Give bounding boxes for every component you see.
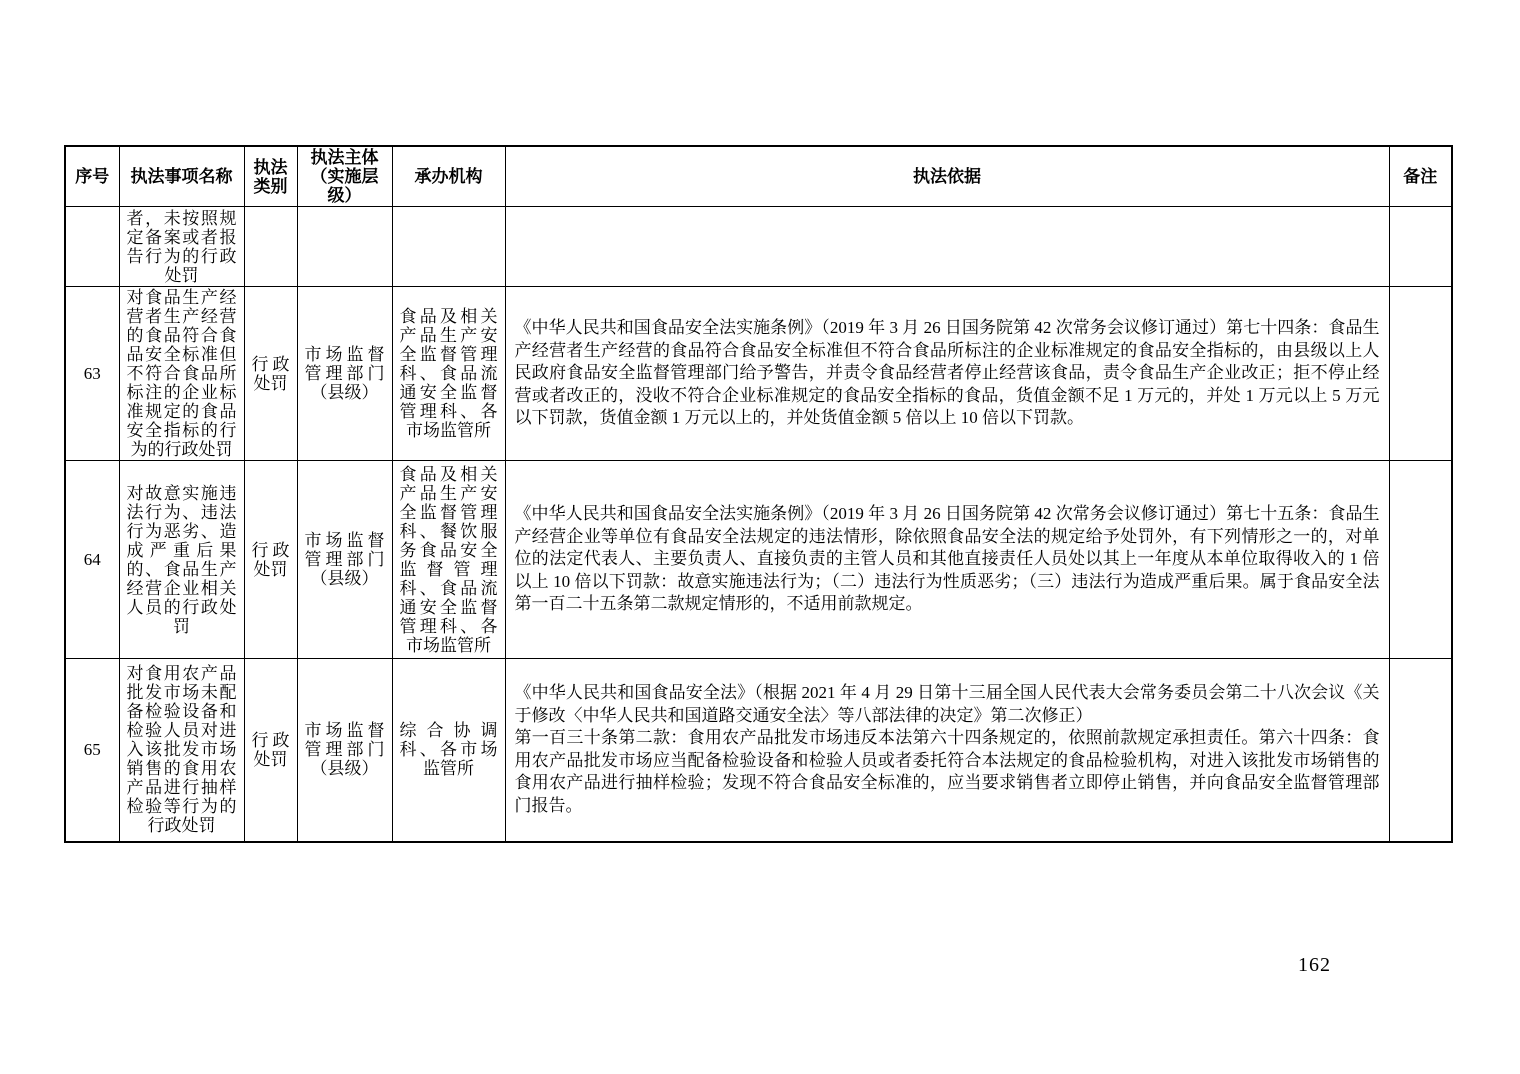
table-row-continuation: 者，未按照规定备案或者报告行为的行政处罚 — [65, 207, 1452, 287]
cell-basis: 《中华人民共和国食品安全法》（根据 2021 年 4 月 29 日第十三届全国人… — [505, 659, 1389, 842]
page-number: 162 — [1298, 954, 1358, 977]
cell-seq: 65 — [65, 659, 119, 842]
document-page: 序号 执法事项名称 执法类别 执法主体（实施层级） 承办机构 执法依据 备注 者… — [0, 0, 1520, 1074]
col-header-agency: 承办机构 — [392, 146, 505, 207]
cell-subject: 市场监督管理部门（县级） — [297, 461, 392, 659]
cell-basis — [505, 207, 1389, 287]
col-header-seq: 序号 — [65, 146, 119, 207]
cell-category: 行政处罚 — [244, 287, 297, 461]
cell-seq — [65, 207, 119, 287]
col-header-category: 执法类别 — [244, 146, 297, 207]
col-header-basis: 执法依据 — [505, 146, 1389, 207]
cell-agency: 食品及相关产品生产安全监督管理科、食品流通安全监督管理科、各市场监管所 — [392, 287, 505, 461]
cell-agency — [392, 207, 505, 287]
cell-remark — [1389, 207, 1452, 287]
cell-category: 行政处罚 — [244, 659, 297, 842]
table-row-64: 64 对故意实施违法行为、违法行为恶劣、造成严重后果的、食品生产经营企业相关人员… — [65, 461, 1452, 659]
cell-item-name: 者，未按照规定备案或者报告行为的行政处罚 — [119, 207, 244, 287]
table-header-row: 序号 执法事项名称 执法类别 执法主体（实施层级） 承办机构 执法依据 备注 — [65, 146, 1452, 207]
cell-subject: 市场监督管理部门（县级） — [297, 287, 392, 461]
cell-item-name: 对故意实施违法行为、违法行为恶劣、造成严重后果的、食品生产经营企业相关人员的行政… — [119, 461, 244, 659]
table-row-63: 63 对食品生产经营者生产经营的食品符合食品安全标准但不符合食品所标注的企业标准… — [65, 287, 1452, 461]
enforcement-items-table: 序号 执法事项名称 执法类别 执法主体（实施层级） 承办机构 执法依据 备注 者… — [64, 145, 1453, 843]
cell-category: 行政处罚 — [244, 461, 297, 659]
col-header-remark: 备注 — [1389, 146, 1452, 207]
cell-agency: 综合协调科、各市场监管所 — [392, 659, 505, 842]
cell-remark — [1389, 659, 1452, 842]
cell-subject — [297, 207, 392, 287]
cell-item-name: 对食用农产品批发市场未配备检验设备和检验人员对进入该批发市场销售的食用农产品进行… — [119, 659, 244, 842]
cell-subject: 市场监督管理部门（县级） — [297, 659, 392, 842]
col-header-subject: 执法主体（实施层级） — [297, 146, 392, 207]
cell-basis: 《中华人民共和国食品安全法实施条例》（2019 年 3 月 26 日国务院第 4… — [505, 461, 1389, 659]
cell-seq: 63 — [65, 287, 119, 461]
cell-basis: 《中华人民共和国食品安全法实施条例》（2019 年 3 月 26 日国务院第 4… — [505, 287, 1389, 461]
table-row-65: 65 对食用农产品批发市场未配备检验设备和检验人员对进入该批发市场销售的食用农产… — [65, 659, 1452, 842]
cell-remark — [1389, 461, 1452, 659]
cell-item-name: 对食品生产经营者生产经营的食品符合食品安全标准但不符合食品所标注的企业标准规定的… — [119, 287, 244, 461]
col-header-item-name: 执法事项名称 — [119, 146, 244, 207]
cell-agency: 食品及相关产品生产安全监督管理科、餐饮服务食品安全监督管理科、食品流通安全监督管… — [392, 461, 505, 659]
cell-seq: 64 — [65, 461, 119, 659]
cell-category — [244, 207, 297, 287]
cell-remark — [1389, 287, 1452, 461]
